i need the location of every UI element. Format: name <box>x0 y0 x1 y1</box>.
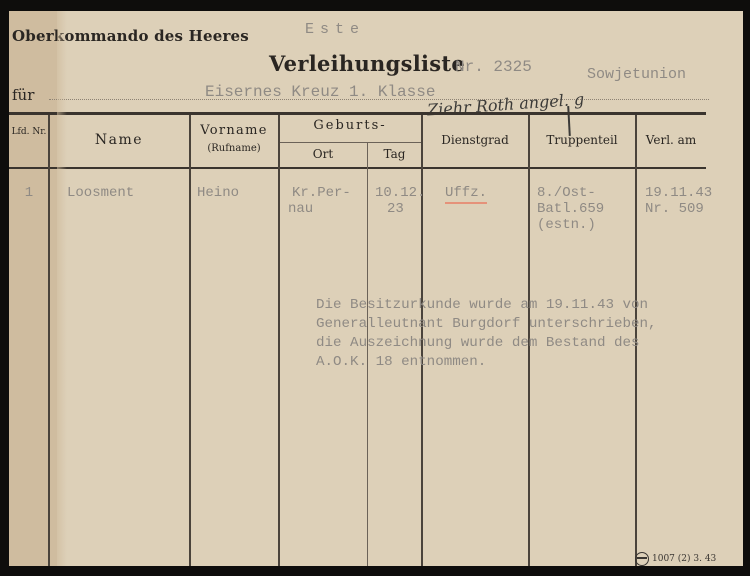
geburts-subheader-rule <box>279 142 422 143</box>
row-award-number: Nr. 509 <box>645 201 704 217</box>
remark-line: Die Besitzurkunde wurde am 19.11.43 von <box>316 297 648 313</box>
form-code: 1007 (2) 3. 43 <box>635 552 716 566</box>
row-unit-line3: (estn.) <box>537 217 596 233</box>
fuer-label: für <box>12 86 34 104</box>
header-geburts: Geburts- <box>279 118 421 133</box>
remark-line: Generalleutnant Burgdorf unterschrieben, <box>316 316 657 332</box>
row-birthdate-line1: 10.12. <box>375 185 425 201</box>
row-birthplace-line2: nau <box>288 201 313 217</box>
row-name: Loosment <box>67 185 134 201</box>
row-rank: Uffz. <box>445 185 487 201</box>
document-title: Verleihungsliste <box>269 51 465 76</box>
header-vorname: Vorname <box>190 123 278 138</box>
row-vorname: Heino <box>197 185 239 201</box>
header-tag: Tag <box>368 147 421 161</box>
row-unit-line1: 8./Ost- <box>537 185 596 201</box>
theater-of-war: Sowjetunion <box>587 66 686 83</box>
remark-block: Die Besitzurkunde wurde am 19.11.43 von … <box>316 296 657 372</box>
row-birthplace-line1: Kr.Per- <box>292 185 351 201</box>
header-rufname: (Rufname) <box>190 143 278 154</box>
header-ort: Ort <box>279 147 367 161</box>
handwriting-stroke <box>567 106 571 136</box>
nationality-stamp: Este <box>305 21 365 38</box>
header-truppenteil: Truppenteil <box>529 133 635 147</box>
row-unit-line2: Batl.659 <box>537 201 604 217</box>
organization-heading: Oberkommando des Heeres <box>12 27 249 45</box>
row-award-date: 19.11.43 <box>645 185 712 201</box>
header-verl-am: Verl. am <box>636 133 706 147</box>
award-list-document: Oberkommando des Heeres Este Verleihungs… <box>9 11 743 566</box>
remark-line: A.O.K. 18 entnommen. <box>316 354 486 370</box>
row-lfd-nr: 1 <box>11 185 47 201</box>
header-name: Name <box>49 132 189 148</box>
eagle-emblem-icon <box>635 552 649 566</box>
form-code-text: 1007 (2) 3. 43 <box>652 554 716 564</box>
award-name: Eisernes Kreuz 1. Klasse <box>205 83 435 101</box>
header-dienstgrad: Dienstgrad <box>422 133 528 147</box>
rank-value: Uffz. <box>445 185 487 204</box>
column-divider <box>48 115 50 566</box>
column-divider <box>189 115 191 566</box>
column-divider <box>278 115 280 566</box>
row-birthdate-line2: 23 <box>387 201 404 217</box>
header-bottom-rule <box>9 167 706 169</box>
table-top-rule <box>9 112 706 115</box>
remark-line: die Auszeichnung wurde dem Bestand des <box>316 335 640 351</box>
header-lfd-nr: Lfd. Nr. <box>11 126 47 139</box>
list-number: Nr. 2325 <box>455 58 532 76</box>
